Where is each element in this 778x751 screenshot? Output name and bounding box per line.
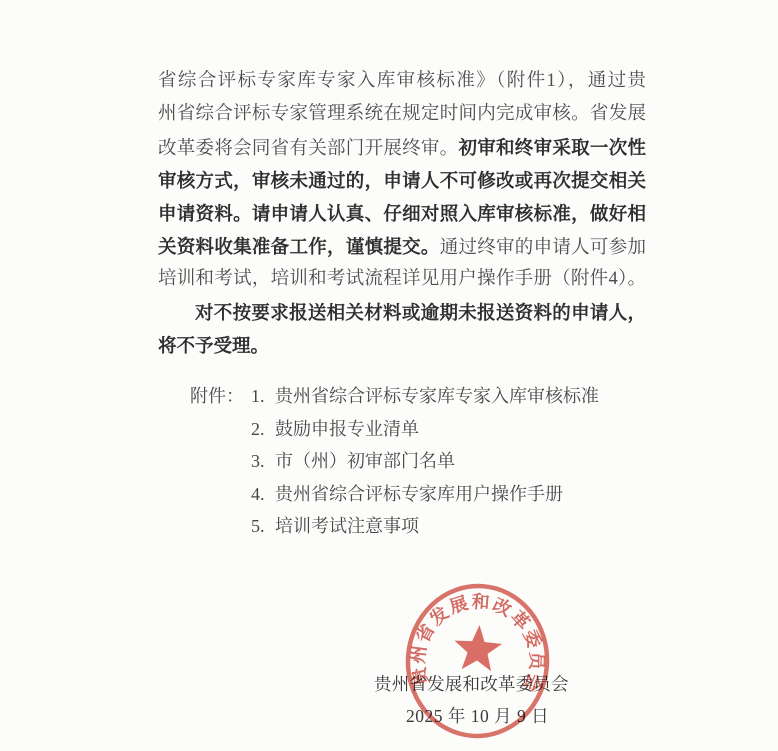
attachment-number: 1. (251, 380, 275, 413)
body-text: 改革委将会同省有关部门开展终审。 (158, 139, 458, 159)
body-text-block: 省综合评标专家库专家入库审核标准》（附件1），通过贵 州省综合评标专家管理系统在… (158, 65, 646, 362)
body-text: 通过终审的申请人可参加 (440, 238, 646, 258)
body-text-emphasis: 关资料收集准备工作，谨慎提交。 (158, 236, 440, 257)
attachment-item: 2.鼓励申报专业清单 (251, 413, 599, 446)
attachment-number: 2. (251, 413, 275, 446)
body-text-emphasis: 将不予受理。 (158, 335, 269, 356)
body-line: 将不予受理。 (158, 329, 646, 362)
body-text-emphasis: 初审和终审采取一次性 (458, 137, 646, 158)
body-line: 关资料收集准备工作，谨慎提交。通过终审的申请人可参加 (158, 230, 646, 263)
attachment-item: 4.贵州省综合评标专家库用户操作手册 (251, 478, 599, 511)
body-line: 省综合评标专家库专家入库审核标准》（附件1），通过贵 (158, 65, 646, 98)
body-text-emphasis: 对不按要求报送相关材料或逾期未报送资料的申请人， (195, 302, 646, 323)
attachments-list: 1.贵州省综合评标专家库专家入库审核标准 2.鼓励申报专业清单 3.市（州）初审… (251, 380, 599, 543)
body-line: 申请资料。请申请人认真、仔细对照入库审核标准，做好相 (158, 197, 646, 230)
body-text-emphasis: 审核方式，审核未通过的，申请人不可修改或再次提交相关 (158, 170, 646, 191)
attachment-number: 5. (251, 510, 275, 543)
body-text-emphasis: 申请资料。请申请人认真、仔细对照入库审核标准，做好相 (158, 203, 646, 224)
body-line: 培训和考试，培训和考试流程详见用户操作手册（附件4）。 (158, 263, 646, 296)
issuing-authority: 贵州省发展和改革委员会 (374, 671, 569, 696)
issue-date: 2025 年 10 月 9 日 (406, 703, 549, 728)
body-line: 对不按要求报送相关材料或逾期未报送资料的申请人， (158, 296, 646, 329)
attachment-item: 5.培训考试注意事项 (251, 510, 599, 543)
body-text: 省综合评标专家库专家入库审核标准》（附件1），通过贵 (158, 71, 646, 91)
body-line: 州省综合评标专家管理系统在规定时间内完成审核。省发展 (158, 98, 646, 131)
attachment-title: 贵州省综合评标专家库专家入库审核标准 (275, 386, 599, 406)
body-line: 审核方式，审核未通过的，申请人不可修改或再次提交相关 (158, 164, 646, 197)
attachment-title: 培训考试注意事项 (275, 516, 419, 536)
body-line: 改革委将会同省有关部门开展终审。初审和终审采取一次性 (158, 131, 646, 164)
attachment-number: 4. (251, 478, 275, 511)
attachment-number: 3. (251, 445, 275, 478)
attachment-title: 市（州）初审部门名单 (275, 451, 455, 471)
attachment-title: 贵州省综合评标专家库用户操作手册 (275, 484, 563, 504)
attachment-item: 1.贵州省综合评标专家库专家入库审核标准 (251, 380, 599, 413)
attachments-label: 附件： (190, 380, 244, 413)
document-page: 省综合评标专家库专家入库审核标准》（附件1），通过贵 州省综合评标专家管理系统在… (0, 0, 778, 751)
attachment-title: 鼓励申报专业清单 (275, 419, 419, 439)
body-text: 培训和考试，培训和考试流程详见用户操作手册（附件4）。 (158, 269, 646, 289)
attachment-item: 3.市（州）初审部门名单 (251, 445, 599, 478)
seal-star-icon (453, 623, 504, 671)
body-text: 州省综合评标专家管理系统在规定时间内完成审核。省发展 (158, 104, 646, 124)
